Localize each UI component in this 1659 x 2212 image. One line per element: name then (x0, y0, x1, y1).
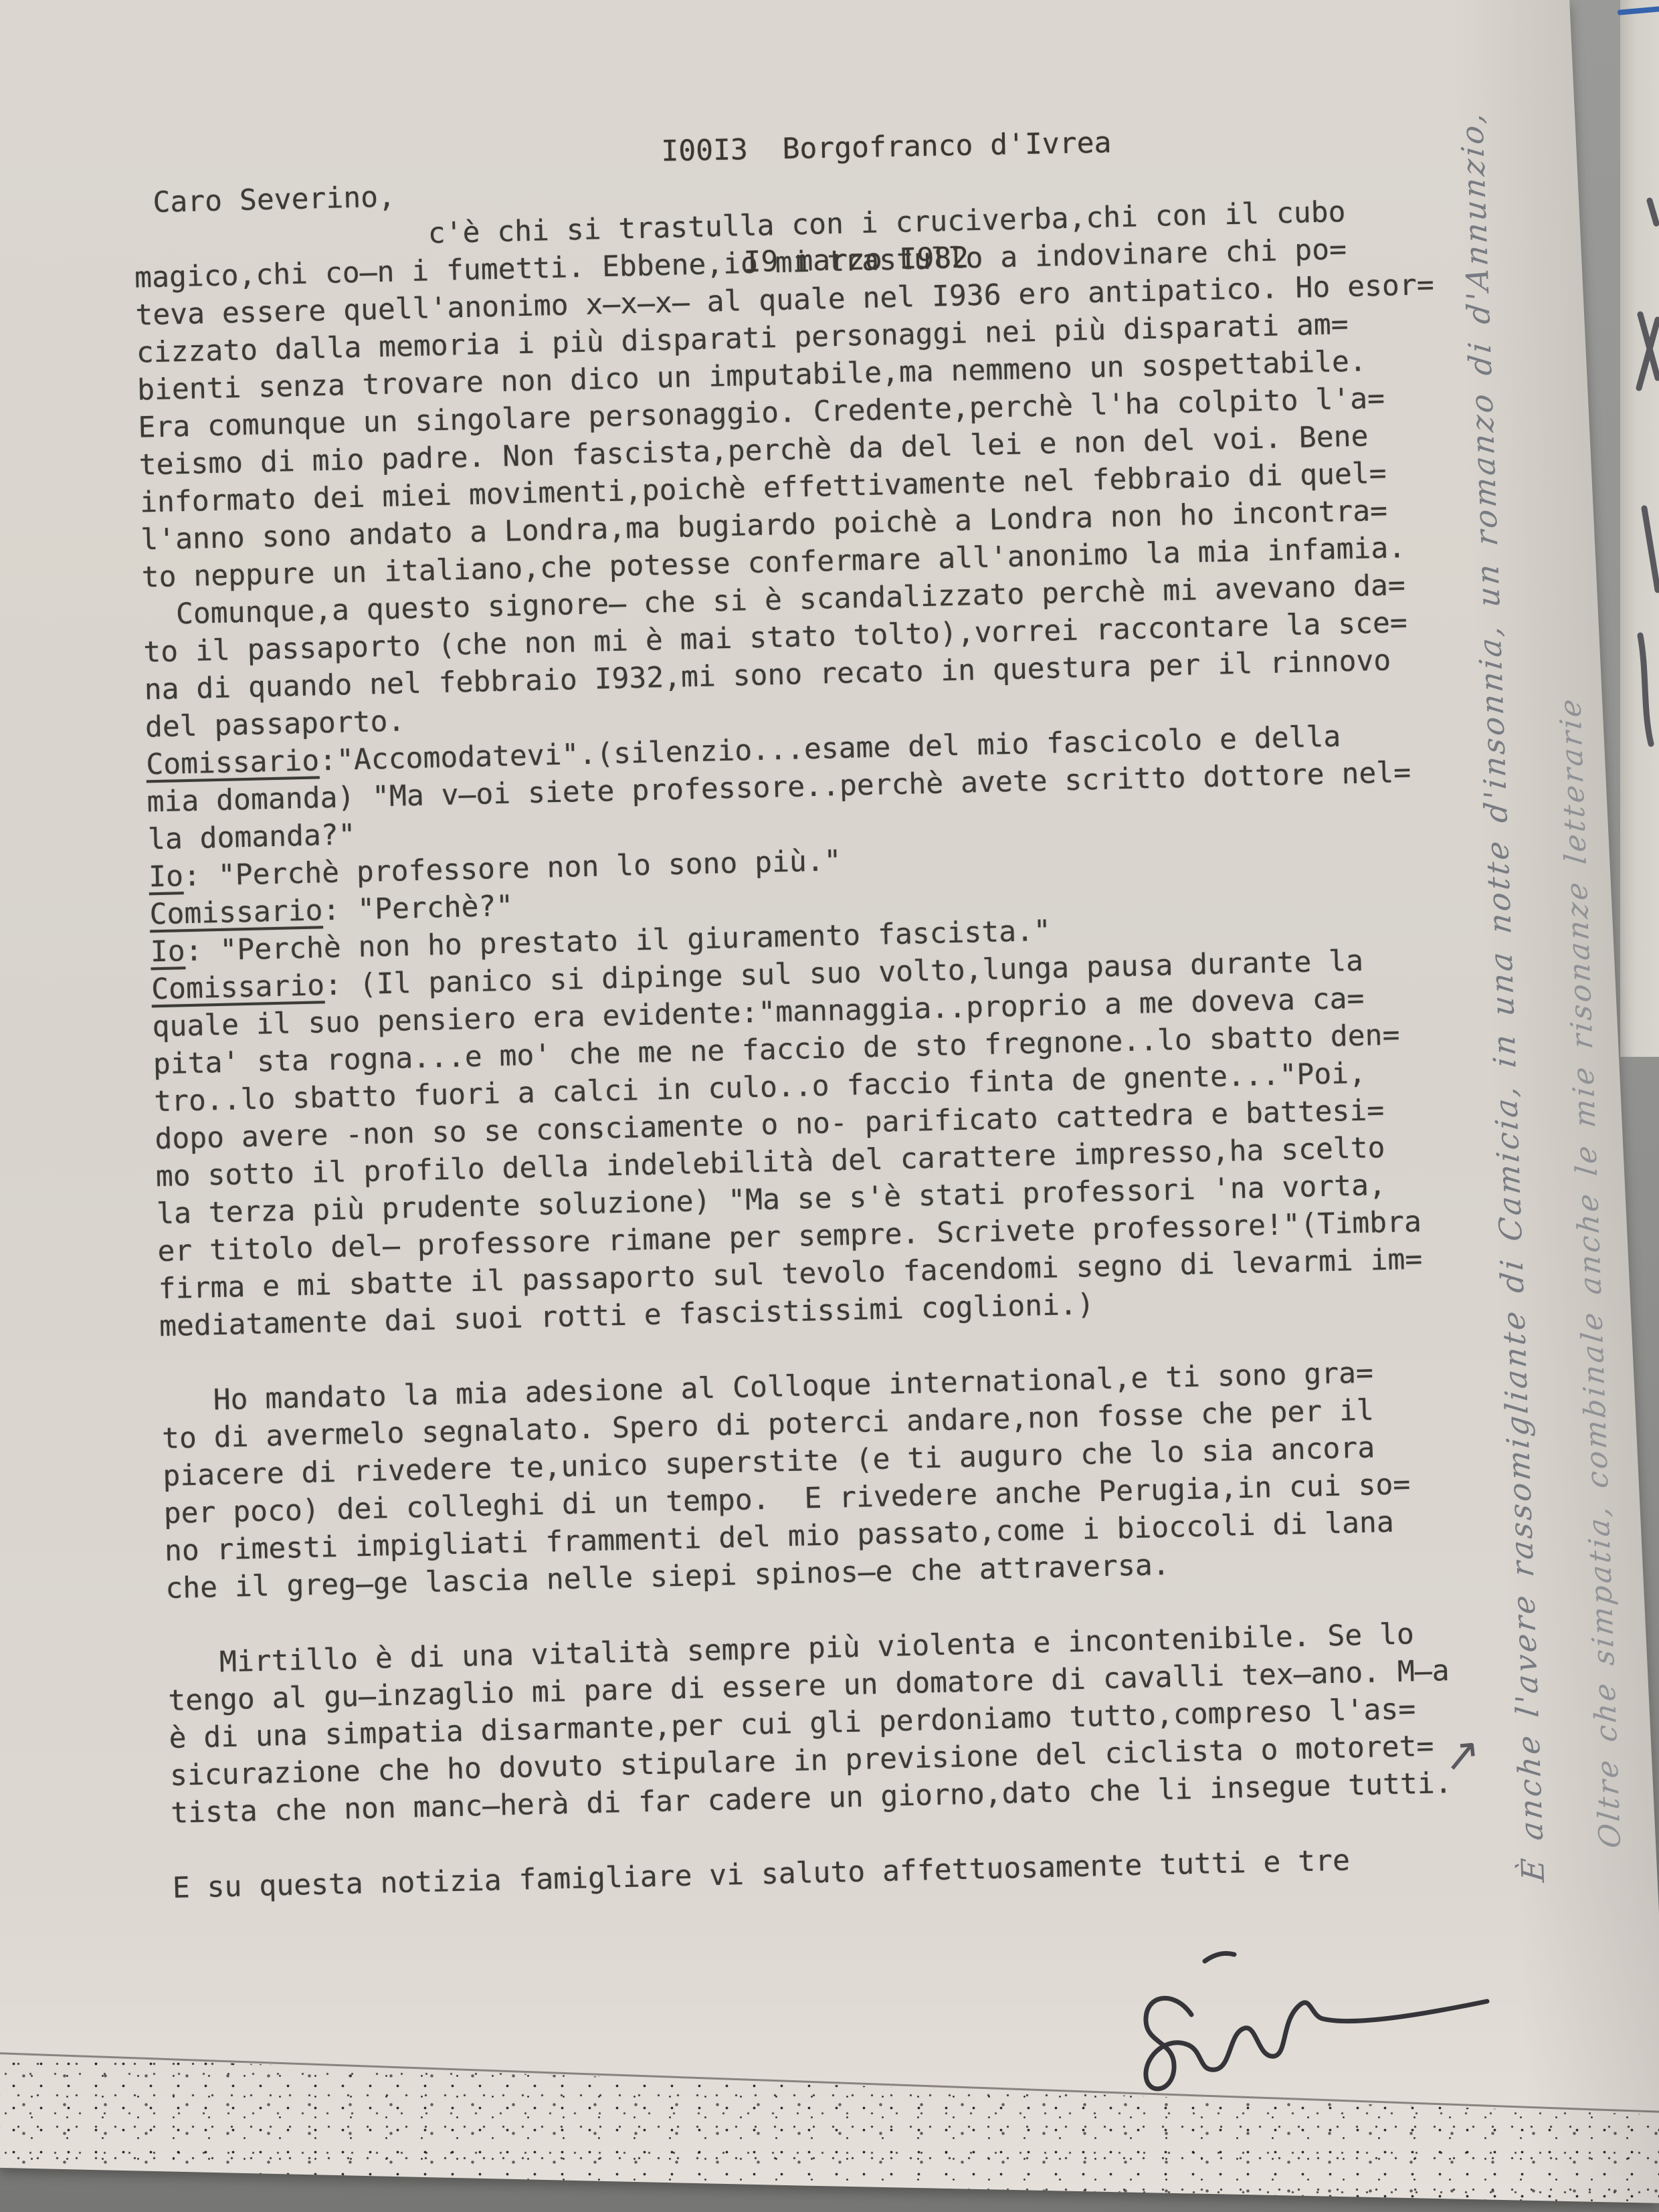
signature-scrawl (1080, 1926, 1495, 2107)
typed-body: Caro Severino,c'è chi si trastulla con i… (132, 153, 1497, 1907)
letter-page: I00I3 Borgofranco d'Ivrea I9 marzo I982 … (0, 0, 1659, 2212)
photographed-letter: { "letterhead": { "location_line": "I00I… (0, 0, 1659, 2212)
margin-arrow: ↗ (1441, 1727, 1483, 1782)
margin-note-outer: Oltre che simpatia, combinale anche le m… (1543, 409, 1628, 1849)
